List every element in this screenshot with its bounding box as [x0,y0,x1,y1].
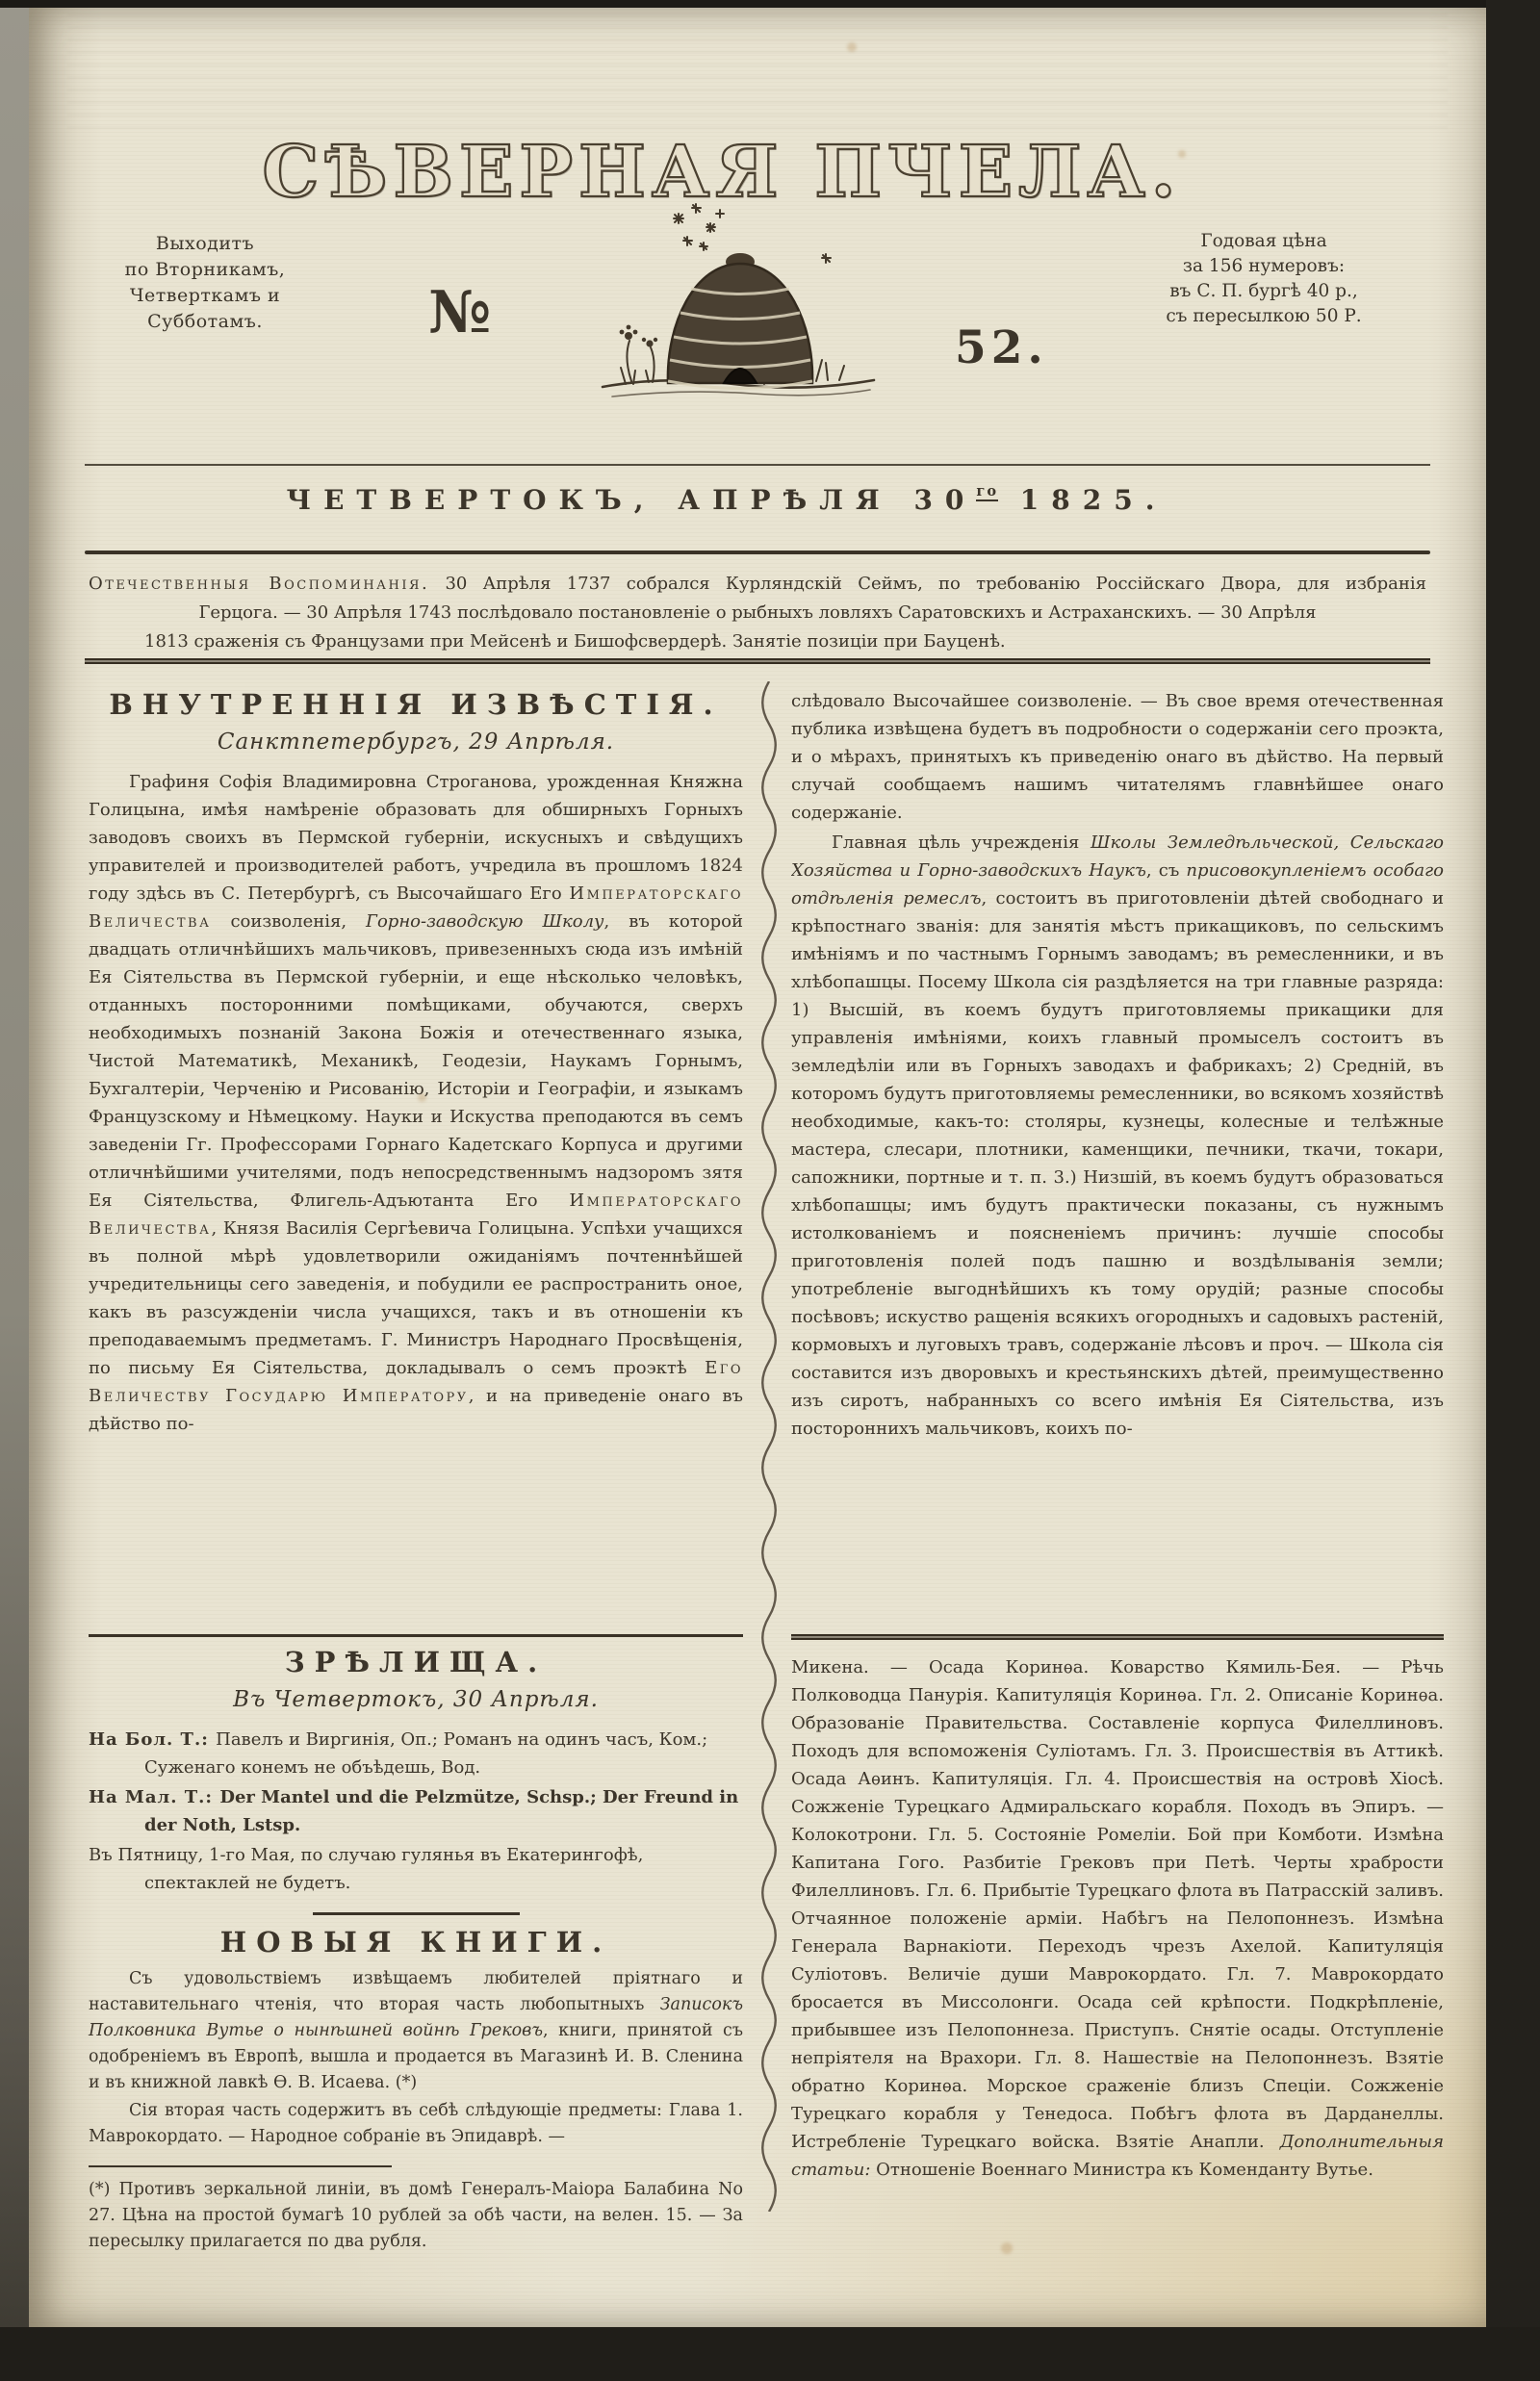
new-books-section: НОВЫЯ КНИГИ. Съ удовольствіемъ извѣщаемъ… [89,1929,743,2255]
spectacles-dateline: Въ Четвертокъ, 30 Апрѣля. [89,1686,743,1714]
internal-news-dateline: Санктпетербургъ, 29 Апрѣля. [89,729,743,756]
dateline-year: 1825. [998,484,1167,516]
newspaper-page: СѢВЕРНАЯ ПЧЕЛА. Выходитъ по Вторникамъ, … [29,8,1486,2327]
rule-below-memories [85,658,1430,664]
spectacle-item: На Бол. Т.: Павелъ и Виргинія, Оп.; Рома… [89,1726,743,1781]
news-body-paragraph: Графиня Софія Владимировна Строганова, у… [89,768,743,1438]
memorial-line: Герцога. — 30 Апрѣля 1743 послѣдовало по… [89,599,1426,627]
rule-above-dateline [85,464,1430,466]
schedule-line: Субботамъ. [94,309,316,335]
price-line: за 156 нумеровъ: [1143,254,1384,279]
footnote: (*) Противъ зеркальной линіи, въ домѣ Ге… [89,2177,743,2255]
memorial-line: 1813 сраженія съ Французами при Мейсенѣ … [89,627,1426,656]
foxing-spot [1001,2242,1013,2254]
schedule-line: Выходитъ [94,231,316,257]
price-line: Годовая цѣна [1143,229,1384,254]
spectacle-item: На Мал. Т.: Der Mantel und die Pelzmütze… [89,1783,743,1839]
heavy-separator-rule [791,1634,1444,1640]
dateline-superscript: го [976,483,998,501]
price-line: въ С. П. бургѣ 40 р., [1143,279,1384,304]
book-contents-paragraph: Микена. — Осада Коринѳа. Коварство Кямил… [791,1653,1444,2184]
internal-news-section: ВНУТРЕННІЯ ИЗВѢСТІЯ. Санктпетербургъ, 29… [89,687,743,1634]
short-separator-rule [313,1912,520,1915]
schedule-line: Четверткамъ и [94,283,316,309]
page-bottom-edge [0,2327,1540,2381]
page-top-edge [0,0,1540,8]
column-divider-flourish [756,681,781,2212]
historical-memories: Отечественныя Воспоминанія. 30 Апрѣля 17… [89,570,1426,656]
foxing-spot [847,42,857,52]
section-separator-rule [89,1634,743,1637]
internal-news-heading: ВНУТРЕННІЯ ИЗВѢСТІЯ. [89,691,743,719]
beehive-vignette [599,198,878,439]
dateline-text: ЧЕТВЕРТОКЪ, АПРѢЛЯ 30 [287,484,977,516]
issue-number-sign: № [428,279,491,346]
page-right-edge [1486,0,1540,2381]
scanned-newspaper-stage: СѢВЕРНАЯ ПЧЕЛА. Выходитъ по Вторникамъ, … [0,0,1540,2381]
subscription-price: Годовая цѣна за 156 нумеровъ: въ С. П. б… [1143,229,1384,329]
news-continuation-column: слѣдовало Высочайшее соизволеніе. — Въ с… [791,687,1444,1634]
price-line: съ пересылкою 50 Р. [1143,304,1384,329]
spectacle-item: Въ Пятницу, 1-го Мая, по случаю гулянья … [89,1841,743,1897]
issue-dateline: ЧЕТВЕРТОКЪ, АПРѢЛЯ 30го 1825. [29,483,1424,516]
footnote-rule [89,2165,392,2167]
school-project-paragraph: Главная цѣль учрежденія Школы Земледѣльч… [791,829,1444,1443]
book-spine-edge [0,0,29,2381]
schedule-line: по Вторникамъ, [94,257,316,283]
rule-below-dateline [85,550,1430,554]
bee-icon [674,204,831,263]
spectacles-and-books-section: ЗРѢЛИЩА. Въ Четвертокъ, 30 Апрѣля. На Бо… [89,1634,743,2257]
books-paragraph: Сія вторая часть содержитъ въ себѣ слѣду… [89,2098,743,2150]
showthrough-texture [67,13,1448,129]
memorial-line: Отечественныя Воспоминанія. 30 Апрѣля 17… [89,570,1426,599]
continuation-paragraph: слѣдовало Высочайшее соизволеніе. — Въ с… [791,687,1444,827]
spectacles-heading: ЗРѢЛИЩА. [89,1649,743,1677]
issue-number: 52. [955,321,1048,374]
books-paragraph: Съ удовольствіемъ извѣщаемъ любителей пр… [89,1966,743,2096]
new-books-heading: НОВЫЯ КНИГИ. [89,1929,743,1957]
book-contents-continuation: Микена. — Осада Коринѳа. Коварство Кямил… [791,1634,1444,2186]
publication-schedule: Выходитъ по Вторникамъ, Четверткамъ и Су… [94,231,316,335]
